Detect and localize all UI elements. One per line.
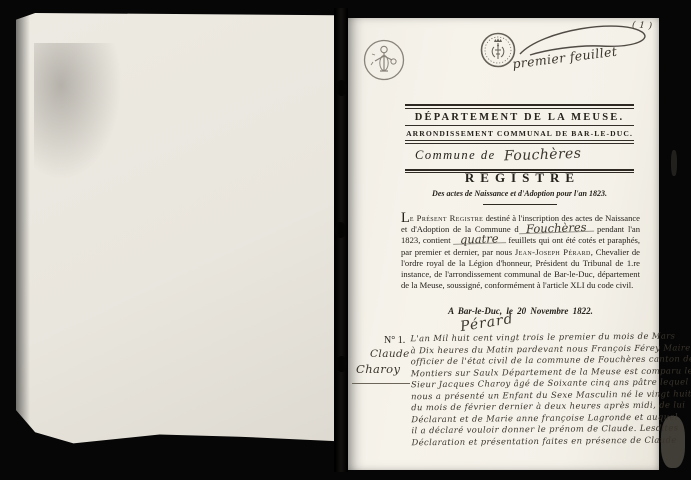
- letterhead: DÉPARTEMENT DE LA MEUSE. ARRONDISSEMENT …: [405, 104, 634, 173]
- register-scan: { "colors":{ "background":"#060606", "pa…: [0, 0, 691, 480]
- binding-knot: [336, 356, 347, 372]
- act-line: Déclaration et présentation faites en pr…: [411, 434, 657, 448]
- commune-name-handwritten: Fouchères: [503, 145, 581, 164]
- register-title: REGISTRE: [405, 170, 634, 186]
- birth-act-handwritten: L'an Mil huit cent vingt trois le premie…: [410, 331, 657, 449]
- register-title-block: REGISTRE Des actes de Naissance et d'Ado…: [405, 170, 634, 205]
- arrondissement-title: ARRONDISSEMENT COMMUNAL DE BAR-LE-DUC.: [405, 129, 634, 138]
- department-title: DÉPARTEMENT DE LA MEUSE.: [405, 112, 634, 123]
- dateline: A Bar-le-Duc, le 20 Novembre 1822.: [401, 306, 640, 316]
- attestation-lead: e Présent Registre: [410, 213, 483, 223]
- register-subtitle: Des actes de Naissance et d'Adoption pou…: [405, 189, 634, 198]
- magistrate-name: Jean-Joseph Pérard: [515, 247, 591, 257]
- divider-rule: [405, 125, 634, 126]
- commune-line: Commune de Fouchères: [405, 146, 634, 169]
- act-number: N° 1.: [384, 335, 405, 346]
- binding-knot: [336, 80, 347, 96]
- paper-stain: [34, 43, 124, 183]
- crowned-royal-cipher-stamp-icon: [478, 30, 518, 70]
- commune-label: Commune de: [415, 148, 496, 162]
- allegorical-figure-stamp-icon: [361, 37, 407, 83]
- divider-rule: [405, 104, 634, 109]
- divider-rule: [483, 204, 557, 205]
- binding-knot: [335, 222, 346, 238]
- act-child-firstname: Claude: [370, 348, 410, 360]
- foliation-annotation: premier feuillet: [510, 22, 658, 80]
- book-edge-debris: [671, 150, 677, 176]
- commune-insert-handwritten: Fouchères: [519, 223, 594, 235]
- folio-count-insert-handwritten: quatre: [453, 234, 506, 245]
- page-edge-shadow: [16, 13, 30, 459]
- act-child-surname: Charoy: [356, 362, 400, 376]
- register-page: ( 1 ) premier feuillet DÉPARTEMENT DE L: [348, 18, 659, 470]
- attestation-paragraph: Le Présent Registre destiné à l'inscript…: [401, 213, 640, 291]
- left-blank-page: [16, 13, 335, 459]
- binding-gutter: [334, 8, 348, 472]
- divider-rule: [405, 140, 634, 144]
- margin-underline: [352, 383, 410, 384]
